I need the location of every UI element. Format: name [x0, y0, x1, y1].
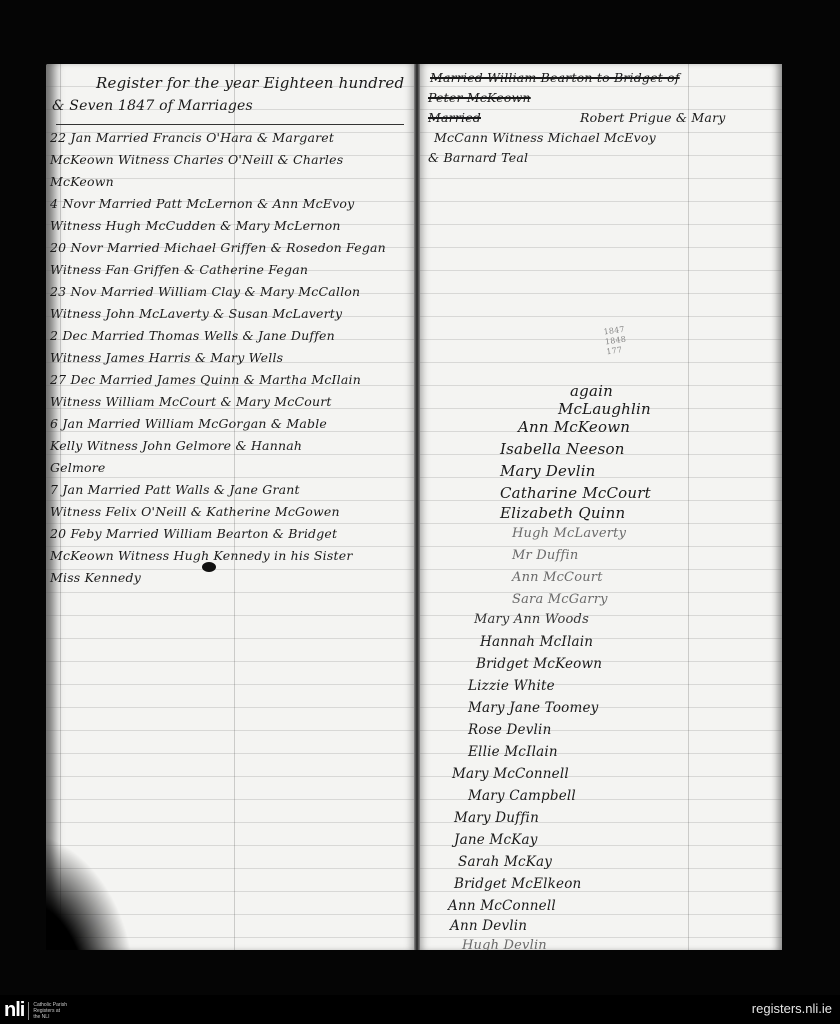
register-scan: Register for the year Eighteen hundred &… — [0, 0, 840, 995]
entry-line: 20 Novr Married Michael Griffen & Rosedo… — [50, 240, 386, 255]
signature: McLaughlin — [558, 400, 651, 418]
pencil-note: 1847 1848 177 — [603, 325, 628, 358]
entry-line: Witness William McCourt & Mary McCourt — [50, 394, 332, 409]
signature: Ann McKeown — [518, 418, 630, 436]
entry-line: Witness Fan Griffen & Catherine Fegan — [50, 262, 308, 277]
entry-line: 6 Jan Married William McGorgan & Mable — [50, 416, 327, 431]
entry-line: McCann Witness Michael McEvoy — [434, 130, 656, 145]
entry-line: 23 Nov Married William Clay & Mary McCal… — [50, 284, 360, 299]
entry-line: Witness Felix O'Neill & Katherine McGowe… — [50, 504, 340, 519]
nli-logo-text: Catholic Parish Registers at the NLI — [33, 1002, 73, 1020]
entry-line: Witness Hugh McCudden & Mary McLernon — [50, 218, 341, 233]
entry-line: 7 Jan Married Patt Walls & Jane Grant — [50, 482, 300, 497]
entry-line: 20 Feby Married William Bearton & Bridge… — [50, 526, 337, 541]
signature: Mr Duffin — [512, 548, 578, 563]
signature: Catharine McCourt — [500, 484, 651, 502]
signature: Jane McKay — [454, 832, 538, 848]
signature: Lizzie White — [468, 678, 555, 694]
signature: again — [570, 382, 613, 400]
signature: Ann McConnell — [448, 898, 556, 914]
signature: Mary Campbell — [468, 788, 576, 804]
signature: Hugh McLaverty — [512, 526, 626, 541]
register-title: Register for the year Eighteen hundred — [96, 74, 404, 92]
entry-line: Robert Prigue & Mary — [580, 110, 726, 125]
signature: Rose Devlin — [468, 722, 551, 738]
signature: Ellie McIlain — [468, 744, 558, 760]
signature: Bridget McElkeon — [454, 876, 581, 892]
struck-line: Married — [428, 110, 481, 125]
signature: Hugh Devlin — [462, 938, 547, 950]
signature: Bridget McKeown — [476, 656, 602, 672]
entry-line: McKeown Witness Hugh Kennedy in his Sist… — [50, 548, 353, 563]
entry-line: & Barnard Teal — [428, 150, 528, 165]
signature: Hannah McIlain — [480, 634, 593, 650]
title-divider — [56, 124, 404, 125]
entry-line: Witness James Harris & Mary Wells — [50, 350, 283, 365]
entry-line: Witness John McLaverty & Susan McLaverty — [50, 306, 342, 321]
site-url-link[interactable]: registers.nli.ie — [752, 1001, 832, 1016]
signature: Mary McConnell — [452, 766, 569, 782]
signature: Sara McGarry — [512, 592, 608, 607]
ink-blot — [202, 562, 216, 572]
signature: Ann Devlin — [450, 918, 527, 934]
entry-line: 27 Dec Married James Quinn & Martha McIl… — [50, 372, 361, 387]
signature: Ann McCourt — [512, 570, 603, 585]
entry-line: 22 Jan Married Francis O'Hara & Margaret — [50, 130, 334, 145]
entry-line: 4 Novr Married Patt McLernon & Ann McEvo… — [50, 196, 354, 211]
entry-line: Kelly Witness John Gelmore & Hannah — [50, 438, 302, 453]
register-subtitle: & Seven 1847 of Marriages — [52, 98, 253, 114]
nli-logo[interactable]: nli Catholic Parish Registers at the NLI — [4, 999, 73, 1022]
right-page: Married William Bearton to Bridget of Pe… — [420, 64, 782, 950]
struck-line: Married William Bearton to Bridget of — [430, 70, 680, 85]
logo-divider — [28, 1002, 29, 1020]
signature: Elizabeth Quinn — [500, 504, 625, 522]
struck-line: Peter McKeown — [428, 90, 531, 105]
signature: Isabella Neeson — [500, 440, 625, 458]
entry-line: Miss Kennedy — [50, 570, 141, 585]
signature: Mary Devlin — [500, 462, 596, 480]
entry-line: Gelmore — [50, 460, 106, 475]
entry-line: 2 Dec Married Thomas Wells & Jane Duffen — [50, 328, 335, 343]
entry-line: McKeown Witness Charles O'Neill & Charle… — [50, 152, 343, 167]
entry-line: McKeown — [50, 174, 114, 189]
signature: Mary Jane Toomey — [468, 700, 599, 716]
signature: Mary Ann Woods — [474, 612, 589, 627]
left-page: Register for the year Eighteen hundred &… — [46, 64, 414, 950]
signature: Mary Duffin — [454, 810, 539, 826]
margin-line — [688, 64, 689, 950]
nli-logo-mark: nli — [4, 999, 24, 1022]
footer-bar: nli Catholic Parish Registers at the NLI… — [0, 995, 840, 1024]
signature: Sarah McKay — [458, 854, 552, 870]
